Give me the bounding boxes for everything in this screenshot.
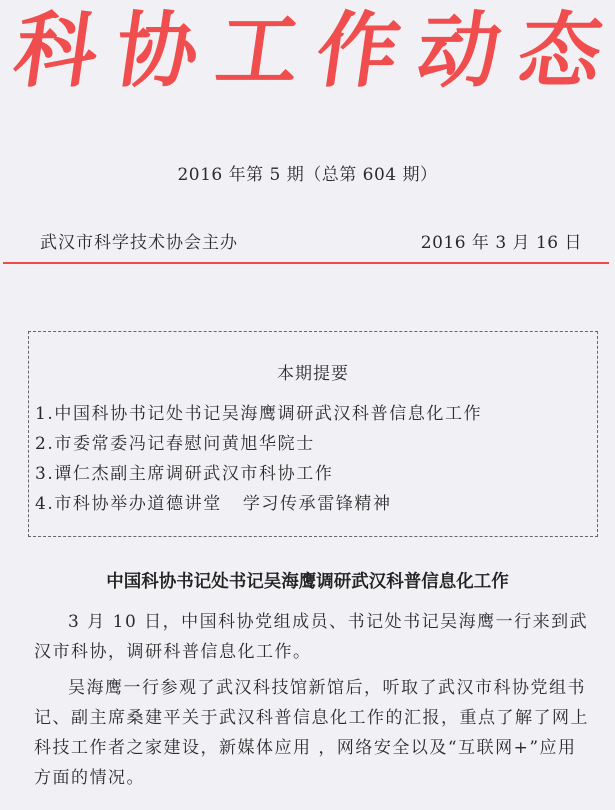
summary-list: 1.中国科协书记处书记吴海鹰调研武汉科普信息化工作 2.市委常委冯记春慰问黄旭华… [35, 399, 482, 519]
article-body: 3 月 10 日，中国科协党组成员、书记处书记吴海鹰一行来到武汉市科协，调研科普… [34, 607, 594, 793]
summary-item: 3.谭仁杰副主席调研武汉市科协工作 [35, 459, 482, 489]
article-paragraph: 3 月 10 日，中国科协党组成员、书记处书记吴海鹰一行来到武汉市科协，调研科普… [34, 607, 594, 667]
sponsor-organization: 武汉市科学技术协会主办 [40, 228, 238, 253]
summary-item: 1.中国科协书记处书记吴海鹰调研武汉科普信息化工作 [35, 399, 482, 429]
masthead-char: 协 [102, 2, 212, 102]
header-divider [3, 262, 609, 264]
publication-date: 2016 年 3 月 16 日 [421, 228, 582, 253]
masthead-char: 动 [404, 2, 514, 102]
masthead-char: 态 [505, 2, 615, 102]
article-title: 中国科协书记处书记吴海鹰调研武汉科普信息化工作 [0, 568, 615, 593]
article-paragraph: 吴海鹰一行参观了武汉科技馆新馆后，听取了武汉市科协党组书记、副主席桑建平关于武汉… [34, 673, 594, 793]
summary-item: 4.市科协举办道德讲堂 学习传承雷锋精神 [35, 489, 482, 519]
summary-item: 2.市委常委冯记春慰问黄旭华院士 [35, 429, 482, 459]
masthead-char: 工 [203, 2, 313, 102]
masthead-char: 作 [303, 2, 413, 102]
masthead-char: 科 [1, 2, 111, 102]
summary-title: 本期提要 [29, 359, 597, 384]
masthead-title: 科 协 工 作 动 态 [8, 2, 608, 102]
issue-summary-box: 本期提要 1.中国科协书记处书记吴海鹰调研武汉科普信息化工作 2.市委常委冯记春… [28, 331, 598, 537]
issue-number: 2016 年第 5 期（总第 604 期） [0, 160, 615, 185]
